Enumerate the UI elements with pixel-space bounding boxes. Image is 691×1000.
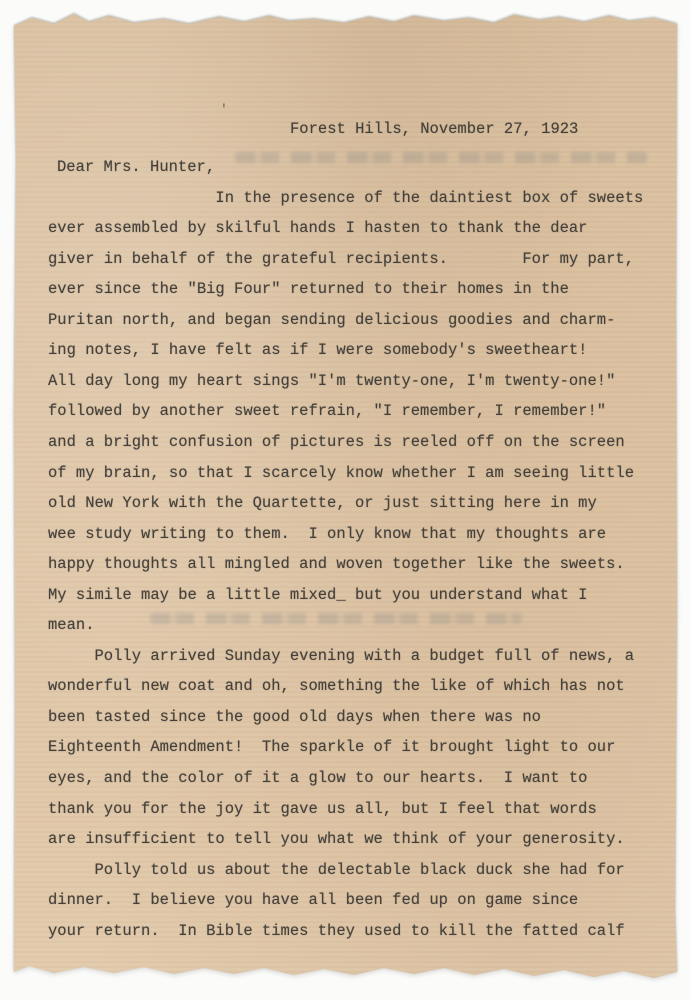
letter-line: are insufficient to tell you what we thi… (48, 824, 657, 855)
letter-line: giver in behalf of the grateful recipien… (48, 244, 657, 275)
paper-wrapper: ' Forest Hills, November 27, 1923 Dear M… (14, 10, 677, 988)
letter-line: Polly arrived Sunday evening with a budg… (48, 641, 657, 672)
letter-line: wonderful new coat and oh, something the… (48, 671, 657, 702)
letter-scan: ' Forest Hills, November 27, 1923 Dear M… (0, 0, 691, 1000)
letter-line: My simile may be a little mixed_ but you… (48, 580, 657, 611)
letter-line: happy thoughts all mingled and woven tog… (48, 549, 657, 580)
letter-line: Polly told us about the delectable black… (48, 855, 657, 886)
letter-salutation: Dear Mrs. Hunter, (48, 152, 657, 183)
letter-line: old New York with the Quartette, or just… (48, 488, 657, 519)
letter-page: ' Forest Hills, November 27, 1923 Dear M… (14, 10, 677, 988)
letter-line: ever since the "Big Four" returned to th… (48, 274, 657, 305)
letter-line: thank you for the joy it gave us all, bu… (48, 794, 657, 825)
letter-body: In the presence of the daintiest box of … (48, 183, 657, 947)
letter-line: ing notes, I have felt as if I were some… (48, 335, 657, 366)
letter-line: eyes, and the color of it a glow to our … (48, 763, 657, 794)
letter-line: All day long my heart sings "I'm twenty-… (48, 366, 657, 397)
letter-text-block: Forest Hills, November 27, 1923 Dear Mrs… (48, 114, 657, 946)
letter-line: your return. In Bible times they used to… (48, 916, 657, 947)
letter-line: wee study writing to them. I only know t… (48, 519, 657, 550)
letter-line: Eighteenth Amendment! The sparkle of it … (48, 732, 657, 763)
letter-line: Puritan north, and began sending delicio… (48, 305, 657, 336)
letter-line: mean. (48, 610, 657, 641)
letter-line: dinner. I believe you have all been fed … (48, 885, 657, 916)
letter-line: been tasted since the good old days when… (48, 702, 657, 733)
letter-line: followed by another sweet refrain, "I re… (48, 396, 657, 427)
letter-line: ever assembled by skilful hands I hasten… (48, 213, 657, 244)
letter-line: of my brain, so that I scarcely know whe… (48, 458, 657, 489)
letter-line: and a bright confusion of pictures is re… (48, 427, 657, 458)
letter-line: In the presence of the daintiest box of … (48, 183, 657, 214)
letter-dateline: Forest Hills, November 27, 1923 (48, 114, 657, 145)
